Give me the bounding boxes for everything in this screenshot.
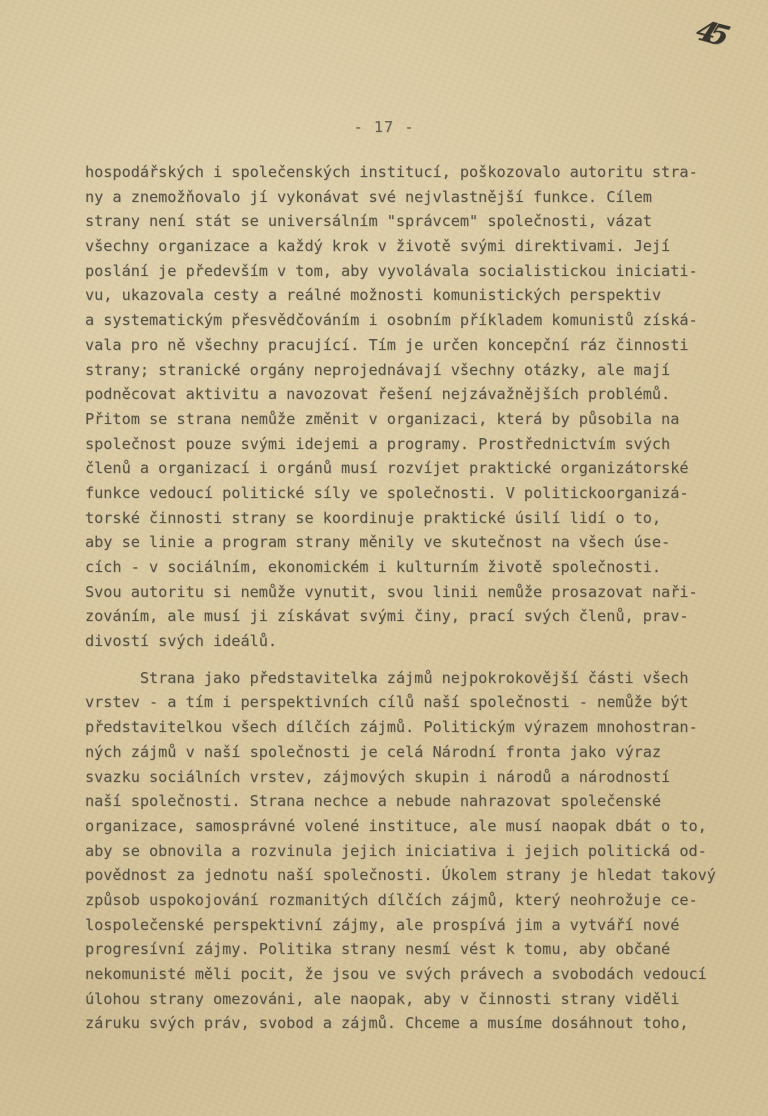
text-line: funkce vedoucí politické síly ve společn… <box>85 481 733 506</box>
text-line: Přitom se strana nemůže změnit v organiz… <box>85 407 733 432</box>
text-line: strany není stát se universálním "správc… <box>85 209 733 234</box>
text-line: zováním, ale musí ji získávat svými činy… <box>85 604 733 629</box>
text-line: vu, ukazovala cesty a reálné možnosti ko… <box>85 283 733 308</box>
text-line: představitelkou všech dílčích zájmů. Pol… <box>85 715 733 740</box>
text-line: Strana jako představitelka zájmů nejpokr… <box>85 666 733 691</box>
text-line: členů a organizací i orgánů musí rozvíje… <box>85 456 733 481</box>
text-line: poslání je především v tom, aby vyvoláva… <box>85 259 733 284</box>
typewritten-document-page: 45 - 17 - hospodářských i společenských … <box>0 0 768 1116</box>
text-line: cích - v sociálním, ekonomickém i kultur… <box>85 555 733 580</box>
text-line: strany; stranické orgány neprojednávají … <box>85 358 733 383</box>
text-line: hospodářských i společenských institucí,… <box>85 160 733 185</box>
text-line: lospolečenské perspektivní zájmy, ale pr… <box>85 913 733 938</box>
text-line: naší společnosti. Strana nechce a nebude… <box>85 789 733 814</box>
handwritten-page-number: 45 <box>691 14 728 51</box>
text-line: ných zájmů v naší společnosti je celá Ná… <box>85 740 733 765</box>
text-line: Svou autoritu si nemůže vynutit, svou li… <box>85 580 733 605</box>
text-line: způsob uspokojování rozmanitých dílčích … <box>85 888 733 913</box>
text-line: záruku svých práv, svobod a zájmů. Chcem… <box>85 1011 733 1036</box>
text-line: organizace, samosprávné volené instituce… <box>85 814 733 839</box>
text-line: divostí svých ideálů. <box>85 629 733 654</box>
text-line: aby se linie a program strany měnily ve … <box>85 530 733 555</box>
text-line: úlohou strany omezováni, ale naopak, aby… <box>85 987 733 1012</box>
page-number: - 17 - <box>0 118 768 136</box>
text-line: společnost pouze svými idejemi a program… <box>85 432 733 457</box>
text-line: povědnost za jednotu naší společnosti. Ú… <box>85 863 733 888</box>
text-line: všechny organizace a každý krok v životě… <box>85 234 733 259</box>
text-line: progresívní zájmy. Politika strany nesmí… <box>85 937 733 962</box>
text-line: vrstev - a tím i perspektivních cílů naš… <box>85 690 733 715</box>
text-line: svazku sociálních vrstev, zájmových skup… <box>85 765 733 790</box>
text-line: ny a znemožňovalo jí vykonávat své nejvl… <box>85 185 733 210</box>
text-line: torské činnosti strany se koordinuje pra… <box>85 506 733 531</box>
paragraph-1: hospodářských i společenských institucí,… <box>85 160 733 654</box>
paragraph-2: Strana jako představitelka zájmů nejpokr… <box>85 666 733 1036</box>
text-line: podněcovat aktivitu a navozovat řešení n… <box>85 382 733 407</box>
text-line: a systematickým přesvědčováním i osobním… <box>85 308 733 333</box>
document-body: hospodářských i společenských institucí,… <box>85 160 733 1036</box>
text-line: nekomunisté měli pocit, že jsou ve svých… <box>85 962 733 987</box>
text-line: aby se obnovila a rozvinula jejich inici… <box>85 839 733 864</box>
text-line: vala pro ně všechny pracující. Tím je ur… <box>85 333 733 358</box>
